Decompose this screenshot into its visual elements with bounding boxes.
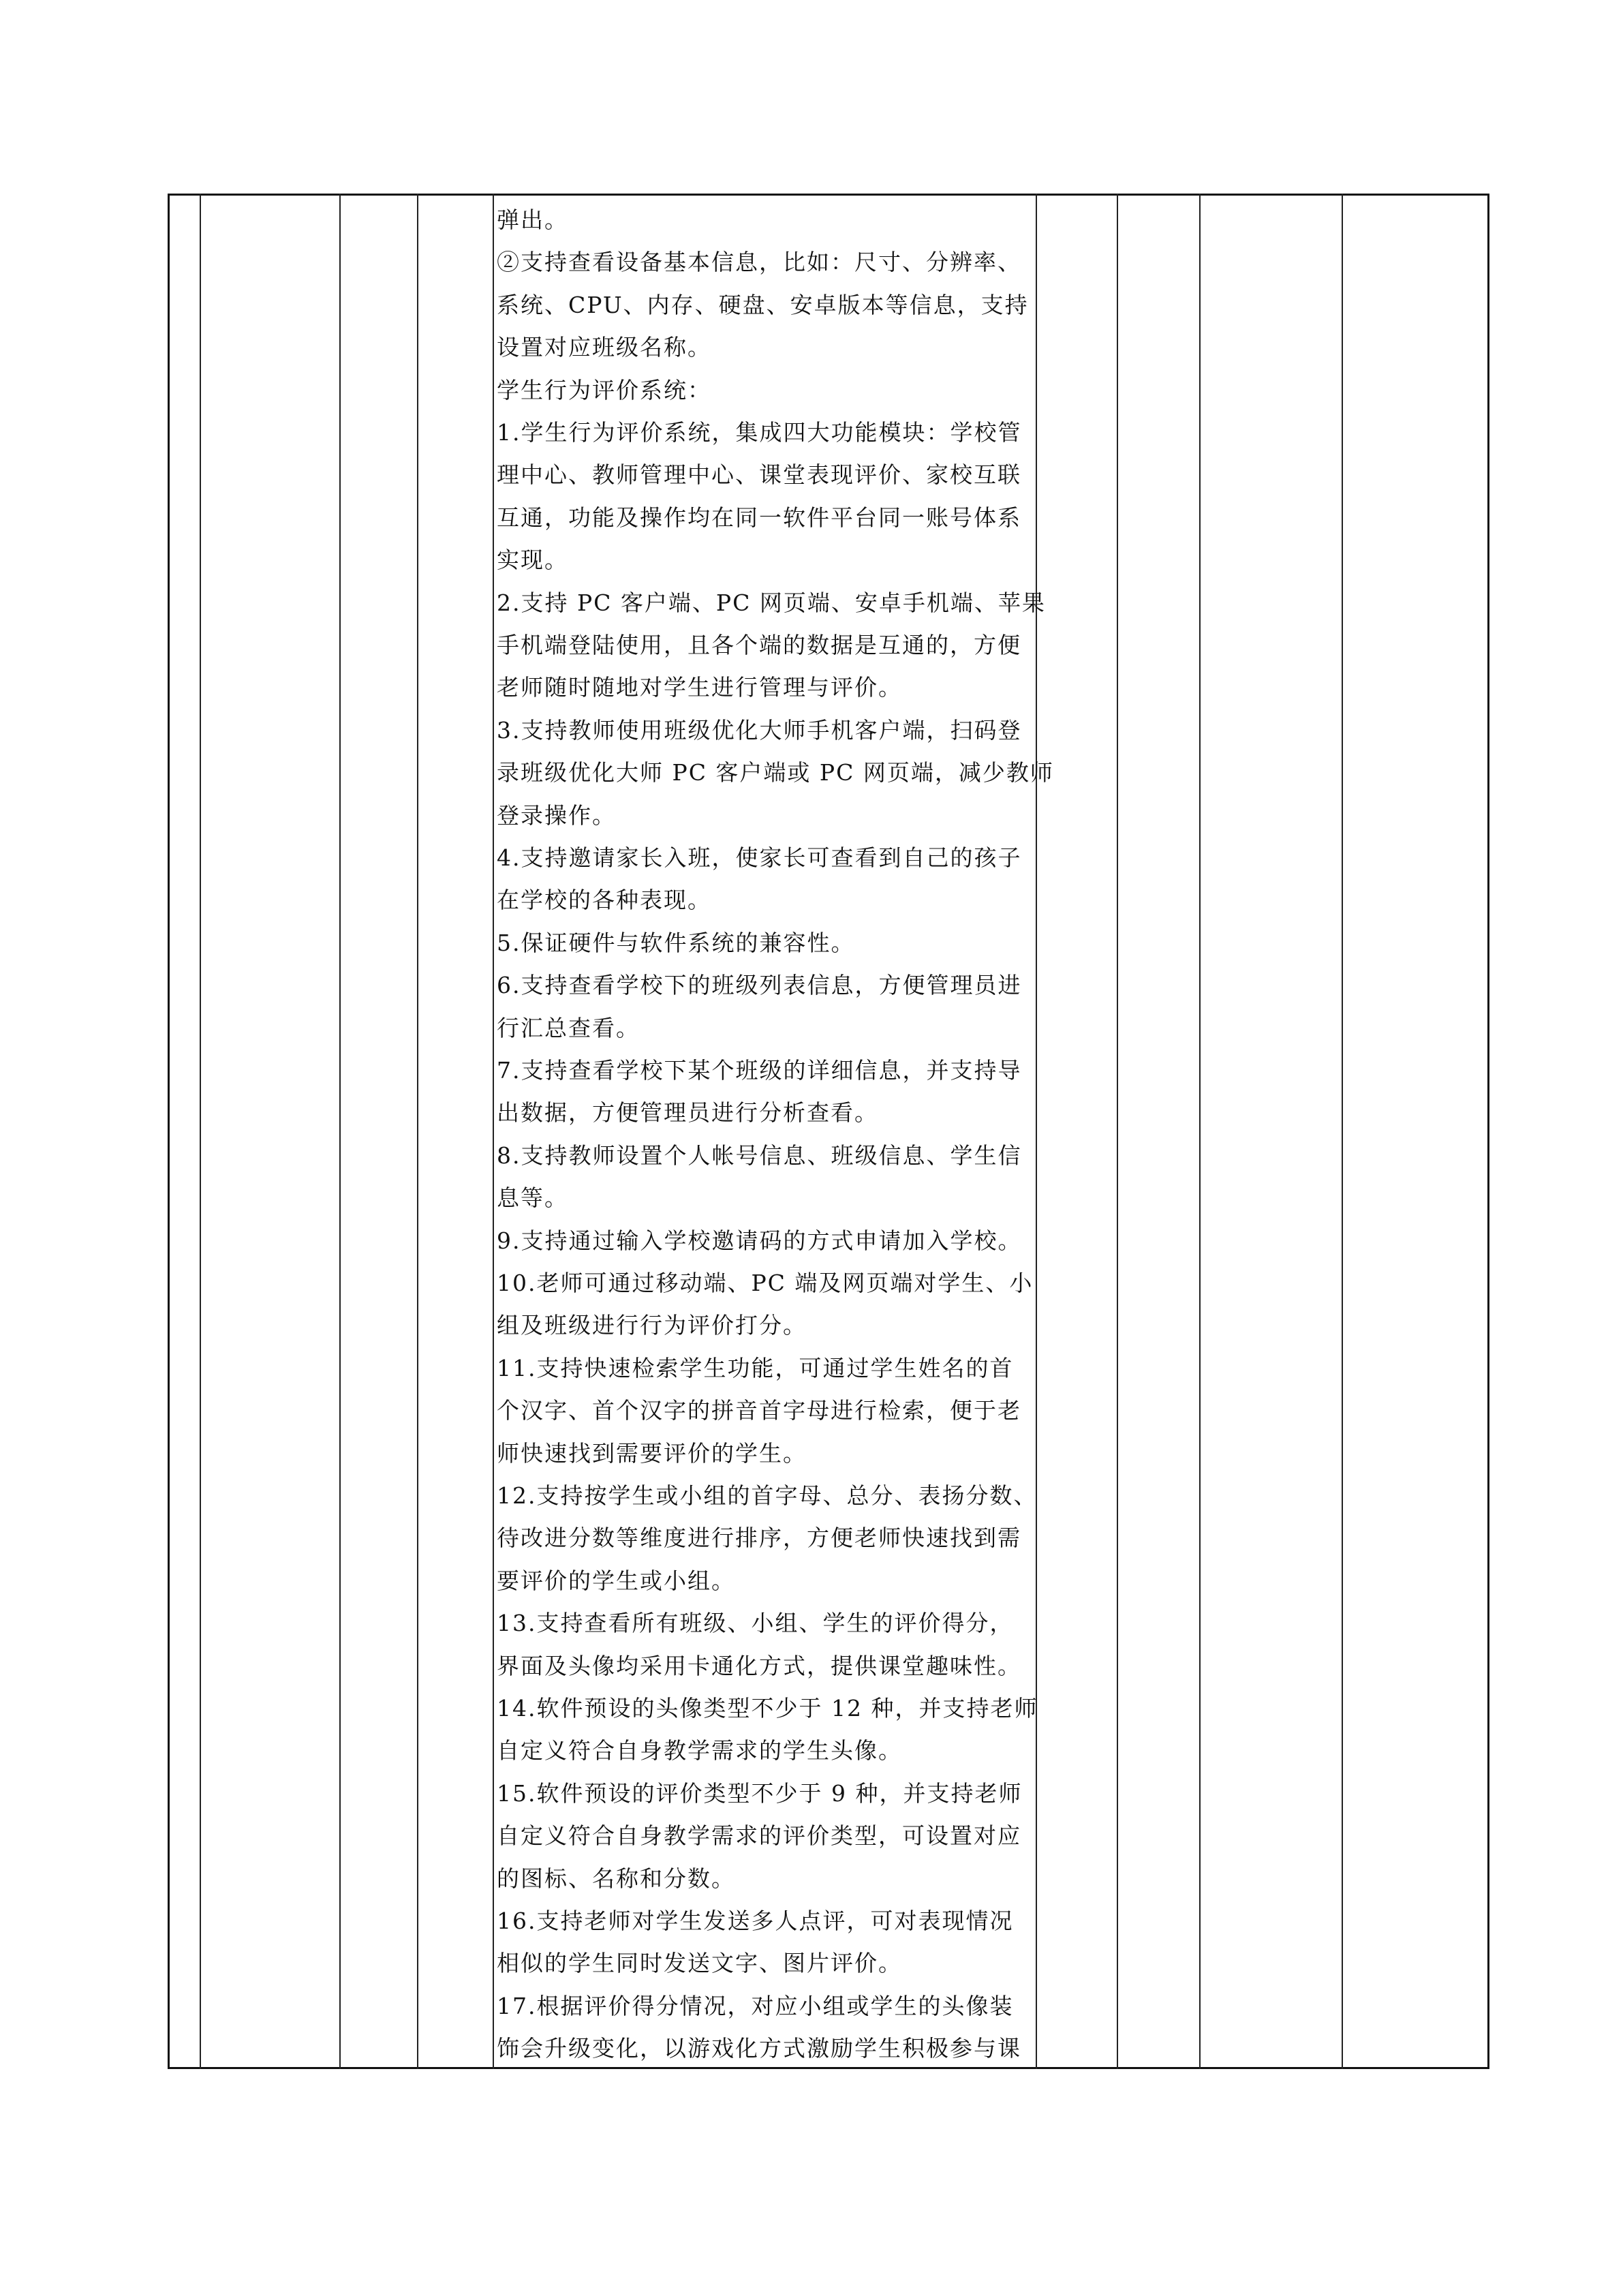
description-line: 出数据，方便管理员进行分析查看。 [497, 1092, 878, 1134]
description-line: 3.支持教师使用班级优化大师手机客户端，扫码登 [497, 709, 1022, 752]
table-cell-col8 [1200, 194, 1342, 2069]
description-line: 老师随时随地对学生进行管理与评价。 [497, 667, 902, 709]
description-line: 的图标、名称和分数。 [497, 1858, 735, 1900]
document-page: 弹出。 ②支持查看设备基本信息，比如：尺寸、分辨率、 系统、CPU、内存、硬盘、… [0, 0, 1623, 2296]
description-line: 弹出。 [497, 199, 568, 241]
description-line: 6.支持查看学校下的班级列表信息，方便管理员进 [497, 964, 1022, 1007]
description-line: 2.支持 PC 客户端、PC 网页端、安卓手机端、苹果 [497, 582, 1046, 624]
description-line: 16.支持老师对学生发送多人点评，可对表现情况 [497, 1900, 1013, 1942]
table-cell-col7 [1117, 194, 1200, 2069]
description-line: 在学校的各种表现。 [497, 879, 711, 921]
description-line: 手机端登陆使用，且各个端的数据是互通的，方便 [497, 624, 1021, 667]
description-line: 自定义符合自身教学需求的评价类型，可设置对应 [497, 1815, 1021, 1857]
table-cell-description: 弹出。 ②支持查看设备基本信息，比如：尺寸、分辨率、 系统、CPU、内存、硬盘、… [493, 194, 1036, 2069]
description-line: 实现。 [497, 539, 568, 581]
description-line: 9.支持通过输入学校邀请码的方式申请加入学校。 [497, 1220, 1022, 1262]
description-line: 相似的学生同时发送文字、图片评价。 [497, 1942, 902, 1985]
description-line: 登录操作。 [497, 795, 616, 837]
description-line: 互通，功能及操作均在同一软件平台同一账号体系 [497, 497, 1021, 539]
table-cell-col6 [1036, 194, 1117, 2069]
description-line: 待改进分数等维度进行排序，方便老师快速找到需 [497, 1517, 1021, 1559]
table-cell-col9 [1342, 194, 1489, 2069]
description-line: 14.软件预设的头像类型不少于 12 种，并支持老师 [497, 1687, 1038, 1730]
table-cell-index [168, 194, 200, 2069]
description-line: 录班级优化大师 PC 客户端或 PC 网页端，减少教师 [497, 752, 1054, 794]
table-cell-name [200, 194, 340, 2069]
description-line: 1.学生行为评价系统，集成四大功能模块：学校管 [497, 412, 1022, 454]
description-line: 饰会升级变化，以游戏化方式激励学生积极参与课 [497, 2027, 1021, 2070]
description-line: ②支持查看设备基本信息，比如：尺寸、分辨率、 [497, 241, 1021, 284]
description-line: 设置对应班级名称。 [497, 326, 711, 369]
table-cell-col3 [340, 194, 418, 2069]
description-line: 5.保证硬件与软件系统的兼容性。 [497, 922, 855, 964]
description-line: 4.支持邀请家长入班，使家长可查看到自己的孩子 [497, 837, 1022, 879]
description-line: 息等。 [497, 1177, 568, 1219]
description-line: 组及班级进行行为评价打分。 [497, 1304, 807, 1347]
description-line: 行汇总查看。 [497, 1007, 640, 1050]
description-line: 师快速找到需要评价的学生。 [497, 1433, 807, 1475]
description-line: 系统、CPU、内存、硬盘、安卓版本等信息，支持 [497, 284, 1029, 326]
description-line: 11.支持快速检索学生功能，可通过学生姓名的首 [497, 1347, 1013, 1390]
description-line: 12.支持按学生或小组的首字母、总分、表扬分数、 [497, 1475, 1037, 1517]
description-line: 8.支持教师设置个人帐号信息、班级信息、学生信 [497, 1135, 1022, 1177]
description-line: 7.支持查看学校下某个班级的详细信息，并支持导 [497, 1050, 1022, 1092]
description-line: 理中心、教师管理中心、课堂表现评价、家校互联 [497, 454, 1021, 496]
description-line: 13.支持查看所有班级、小组、学生的评价得分， [497, 1602, 1013, 1644]
description-line: 要评价的学生或小组。 [497, 1560, 735, 1602]
table-cell-col4 [418, 194, 493, 2069]
description-line: 个汉字、首个汉字的拼音首字母进行检索，便于老 [497, 1390, 1021, 1432]
description-line: 15.软件预设的评价类型不少于 9 种，并支持老师 [497, 1773, 1022, 1815]
description-line: 自定义符合自身教学需求的学生头像。 [497, 1730, 902, 1772]
description-line: 17.根据评价得分情况，对应小组或学生的头像装 [497, 1985, 1013, 2027]
description-line: 10.老师可通过移动端、PC 端及网页端对学生、小 [497, 1262, 1033, 1304]
description-line: 界面及头像均采用卡通化方式，提供课堂趣味性。 [497, 1645, 1021, 1687]
description-line: 学生行为评价系统： [497, 369, 711, 412]
